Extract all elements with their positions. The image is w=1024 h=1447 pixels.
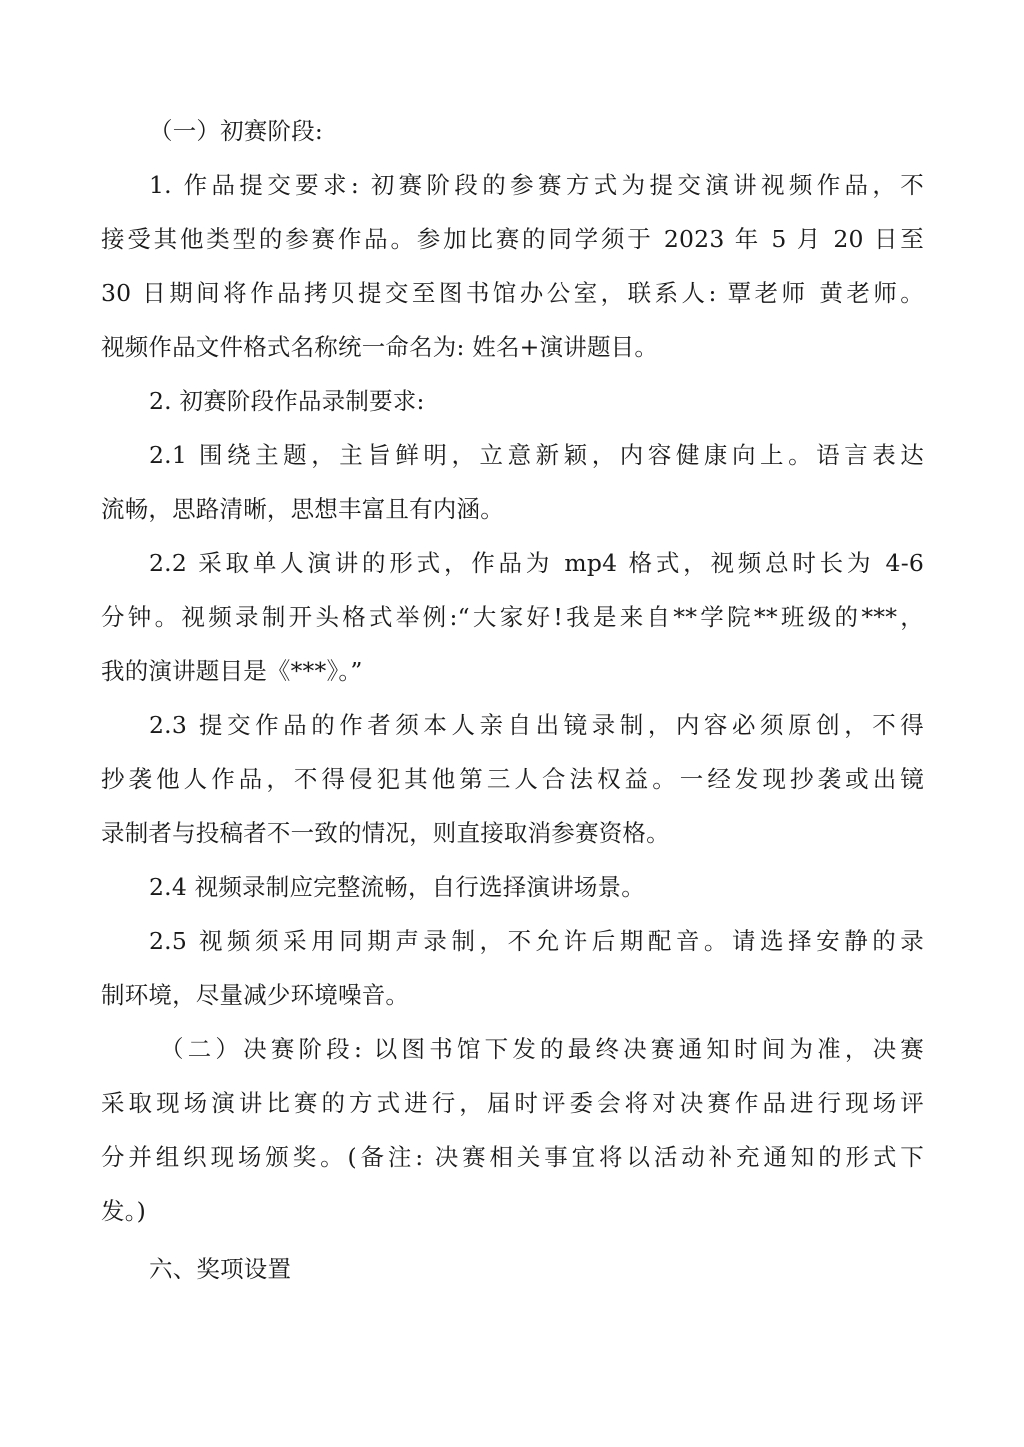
item-2-1-line-2: 流畅，思路清晰，思想丰富且有内涵。	[101, 489, 924, 529]
final-stage-line-2: 采取现场演讲比赛的方式进行，届时评委会将对决赛作品进行现场评	[101, 1083, 924, 1123]
awards-heading: 六、奖项设置	[149, 1249, 972, 1289]
final-stage-line-4: 发。)	[101, 1191, 924, 1231]
item-2-1-line-1: 2.1 围绕主题，主旨鲜明，立意新颖，内容健康向上。语言表达	[149, 435, 924, 475]
item-1-line-4: 视频作品文件格式名称统一命名为: 姓名+演讲题目。	[101, 327, 924, 367]
final-stage-line-3: 分并组织现场颁奖。(备注: 决赛相关事宜将以活动补充通知的形式下	[101, 1137, 924, 1177]
preliminary-stage-heading: （一）初赛阶段:	[149, 111, 972, 151]
final-stage-line-1: （二）决赛阶段: 以图书馆下发的最终决赛通知时间为准，决赛	[160, 1029, 924, 1069]
item-2-3-line-3: 录制者与投稿者不一致的情况，则直接取消参赛资格。	[101, 813, 924, 853]
item-2-4-line-1: 2.4 视频录制应完整流畅，自行选择演讲场景。	[149, 867, 924, 907]
item-2-3-line-1: 2.3 提交作品的作者须本人亲自出镜录制，内容必须原创，不得	[149, 705, 924, 745]
item-1-line-1: 1. 作品提交要求: 初赛阶段的参赛方式为提交演讲视频作品，不	[149, 165, 924, 205]
item-1-line-3: 30 日期间将作品拷贝提交至图书馆办公室，联系人: 覃老师 黄老师。	[101, 273, 924, 313]
item-2-2-line-3: 我的演讲题目是《***》。”	[101, 651, 924, 691]
document-page: （一）初赛阶段: 1. 作品提交要求: 初赛阶段的参赛方式为提交演讲视频作品，不…	[0, 0, 1024, 1447]
item-1-line-2: 接受其他类型的参赛作品。参加比赛的同学须于 2023 年 5 月 20 日至	[101, 219, 924, 259]
item-2-5-line-1: 2.5 视频须采用同期声录制，不允许后期配音。请选择安静的录	[149, 921, 924, 961]
item-2-3-line-2: 抄袭他人作品，不得侵犯其他第三人合法权益。一经发现抄袭或出镜	[101, 759, 924, 799]
item-2-2-line-1: 2.2 采取单人演讲的形式，作品为 mp4 格式，视频总时长为 4-6	[149, 543, 924, 583]
item-2-heading: 2. 初赛阶段作品录制要求:	[149, 381, 924, 421]
item-2-2-line-2: 分钟。视频录制开头格式举例:“大家好!我是来自**学院**班级的***，	[101, 597, 924, 637]
item-2-5-line-2: 制环境，尽量减少环境噪音。	[101, 975, 924, 1015]
